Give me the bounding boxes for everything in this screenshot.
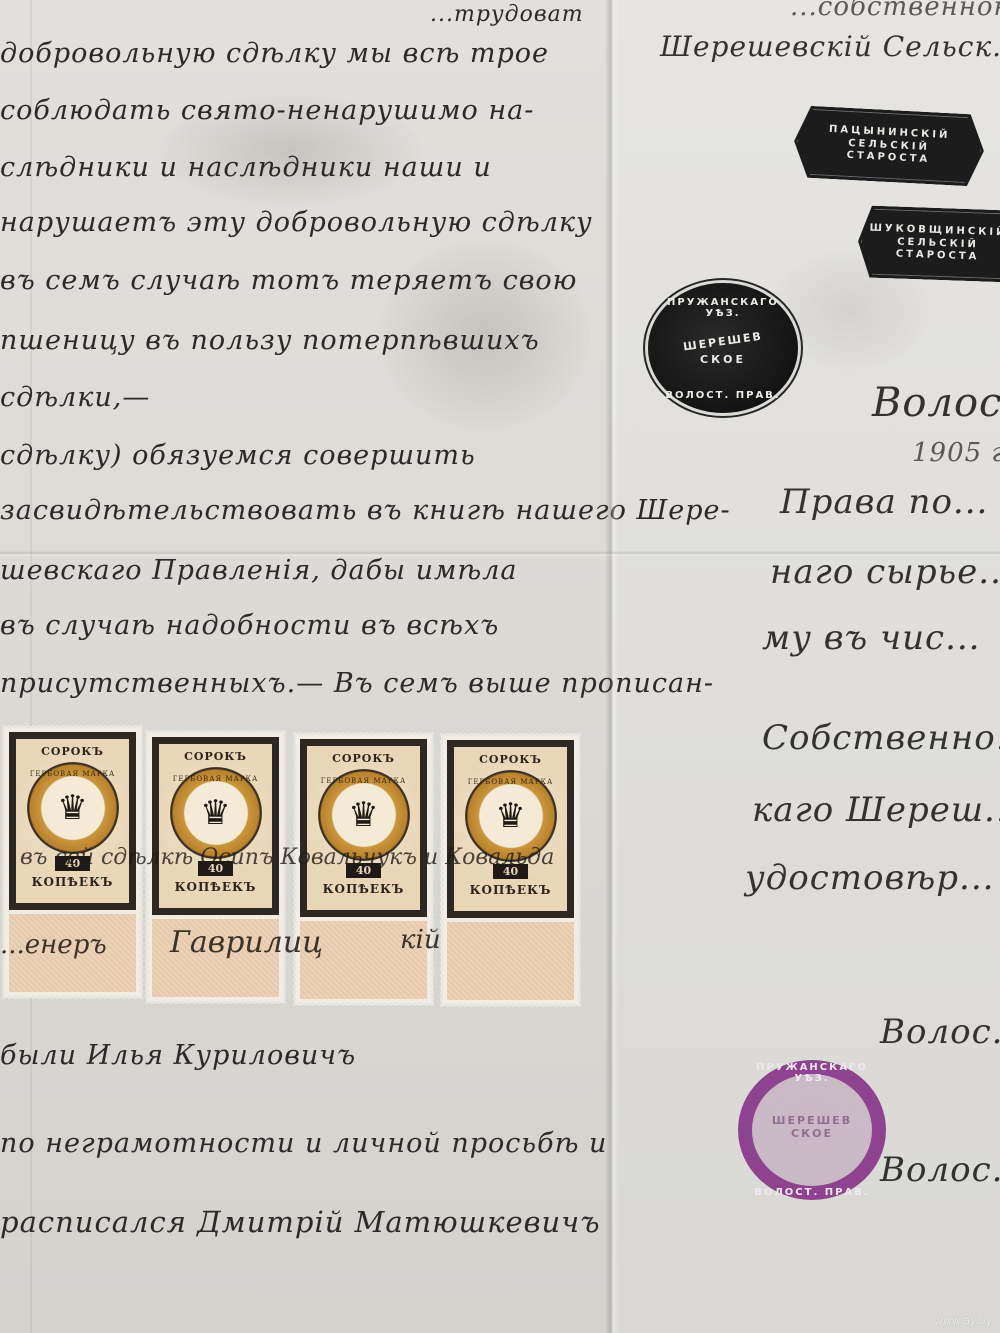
watermark: www.ay.by <box>934 1314 992 1327</box>
date-text: 1905 г. <box>912 438 1000 468</box>
text-line: Волос... <box>880 1012 1000 1052</box>
stamp-signature: ...енеръ <box>0 930 107 960</box>
stamp-signature: кій <box>400 925 441 955</box>
text-line: Волос... <box>880 1150 1000 1190</box>
text-line: ...трудоват <box>430 2 584 27</box>
revenue-stamp: СОРОКЪ ГЕРБОВАЯ МАРКА ♛ 40 КОПѢЕКЪ <box>443 736 578 1004</box>
eagle-medallion: ГЕРБОВАЯ МАРКА ♛ <box>27 762 119 854</box>
vertical-fold <box>605 0 619 1333</box>
double-headed-eagle-icon: ♛ <box>495 799 525 833</box>
text-line: Шерешевскій Сельск... <box>660 30 1000 63</box>
text-line: по неграмотности и личной просьбѣ и <box>0 1128 607 1159</box>
text-line: каго Шереш... <box>752 790 1000 830</box>
stamp-cancellation: въ сей сдѣлкѣ Осипъ Ковальчукъ и Ковальд… <box>20 845 554 870</box>
round-seal-volost-board: ПРУЖАНСКАГО УѢЗ. ШЕРЕШЕВ СКОЕ ВОЛОСТ. ПР… <box>648 283 798 413</box>
hex-seal-shukovshchina-elder: ШУКОВЩИНСКІЙ СЕЛЬСКІЙ СТАРОСТА <box>857 205 1000 283</box>
horizontal-fold <box>0 551 1000 557</box>
text-line: нарушаетъ эту добровольную сдѣлку <box>0 207 593 238</box>
text-line: Права по... <box>780 482 988 522</box>
text-line: въ случаѣ надобности въ всѣхъ <box>0 610 499 641</box>
double-headed-eagle-icon: ♛ <box>200 796 230 830</box>
text-line: соблюдать свято-ненарушимо на- <box>0 95 534 126</box>
double-headed-eagle-icon: ♛ <box>57 791 87 825</box>
hex-seal-patsynino-elder: ПАЦЫНИНСКІЙ СЕЛЬСКІЙ СТАРОСТА <box>792 105 986 187</box>
stamp-signature: Гаврилиц <box>170 925 323 960</box>
text-line: были Илья Куриловичъ <box>0 1040 356 1071</box>
text-line: сдѣлку) обязуемся совершить <box>0 440 476 471</box>
text-line: пшеницу въ пользу потерпѣвшихъ <box>0 325 540 356</box>
text-line: шевскаго Правленія, дабы имѣла <box>0 555 518 586</box>
text-line: наго сырье... <box>770 552 1000 592</box>
double-headed-eagle-icon: ♛ <box>348 798 378 832</box>
signature-line: расписался Дмитрій Матюшкевичъ <box>0 1205 601 1239</box>
text-line: въ семъ случаѣ тотъ теряетъ свою <box>0 265 577 296</box>
text-line: сдѣлки,— <box>0 382 150 413</box>
text-line: удостовѣр... <box>745 858 994 898</box>
purple-seal-volost-board: ПРУЖАНСКАГО УѢЗ. ШЕРЕШЕВ СКОЕ ВОЛОСТ. ПР… <box>738 1060 886 1200</box>
text-line: ...собственнон <box>790 0 1000 22</box>
text-line: Собственно... <box>762 718 1000 758</box>
text-line: засвидѣтельствовать въ книгѣ нашего Шере… <box>0 495 731 526</box>
text-line: му въ чис... <box>762 618 981 658</box>
text-line: Волост... <box>872 380 1000 426</box>
text-line: слѣдники и наслѣдники наши и <box>0 152 492 183</box>
text-line: добровольную сдѣлку мы всѣ трое <box>0 38 549 69</box>
